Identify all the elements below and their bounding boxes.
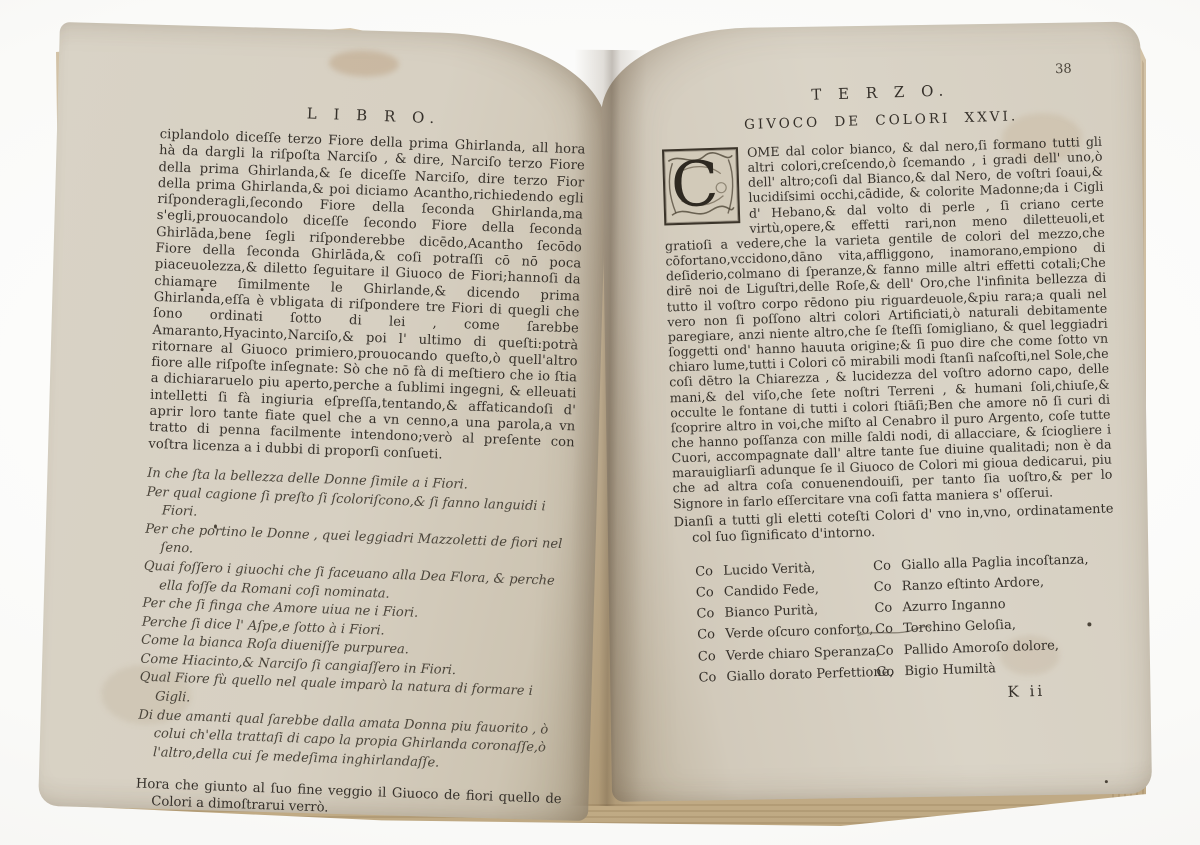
color-name: Giallo dorato Perfettione, <box>726 664 893 684</box>
left-page-content: L I B R O. ciplandolo diceſſe terzo Fior… <box>135 99 587 826</box>
woodcut-initial: C <box>662 147 740 225</box>
left-body-text: ciplandolo diceſſe terzo Fiore della pri… <box>148 127 586 468</box>
color-prefix: Co <box>873 576 902 598</box>
ink-speck <box>1105 780 1108 783</box>
page-number: 38 <box>1055 62 1072 78</box>
color-name: Azurro Inganno <box>902 597 1006 615</box>
color-prefix: Co <box>874 597 903 619</box>
color-prefix: Co <box>696 582 725 604</box>
color-prefix: Co <box>876 661 905 683</box>
color-prefix: Co <box>875 619 904 641</box>
color-prefix: Co <box>695 561 724 583</box>
color-prefix: Co <box>697 624 726 646</box>
color-name: Giallo alla Paglia incoſtanza, <box>901 552 1089 573</box>
color-name: Bigio Humiltà <box>904 661 996 679</box>
color-prefix: Co <box>696 603 725 625</box>
color-name: Torchino Geloſia, <box>903 618 1016 637</box>
color-item: CoGiallo dorato Perfettione, <box>698 662 877 689</box>
color-name: Lucido Verità, <box>723 561 816 579</box>
drop-cap-letter: C <box>670 146 720 223</box>
color-name: Bianco Purità, <box>724 603 818 621</box>
left-page: L I B R O. ciplandolo diceſſe terzo Fior… <box>38 22 610 821</box>
color-prefix: Co <box>873 555 902 577</box>
color-prefix: Co <box>875 640 904 662</box>
right-page: T E R Z O. 38 GIVOCO DE COLORI XXVI. <box>600 22 1152 802</box>
color-name: Verde oſcuro conforto, <box>725 622 874 642</box>
question-list: In che ſta la bellezza delle Donne ſimil… <box>137 465 574 778</box>
color-name: Ranzo eſtinto Ardore, <box>902 575 1045 594</box>
left-running-head: L I B R O. <box>160 99 586 133</box>
color-prefix: Co <box>698 645 727 667</box>
photo-background: L I B R O. ciplandolo diceſſe terzo Fior… <box>0 0 1200 845</box>
right-running-head: T E R Z O. <box>660 77 1100 109</box>
color-list: CoLucido Verità, CoGiallo alla Paglia in… <box>675 548 1119 689</box>
stain <box>329 50 400 78</box>
color-name: Pallido Amoroſo dolore, <box>904 638 1060 658</box>
color-name: Candido Fede, <box>724 582 819 600</box>
right-body-text-block: C OME dal color bianco, & dal nero,ſi fo… <box>662 134 1113 511</box>
color-name: Verde chiaro Speranza, <box>726 643 880 663</box>
open-book: L I B R O. ciplandolo diceſſe terzo Fior… <box>0 0 1200 845</box>
right-page-content: T E R Z O. 38 GIVOCO DE COLORI XXVI. <box>660 77 1119 711</box>
color-prefix: Co <box>698 667 727 689</box>
